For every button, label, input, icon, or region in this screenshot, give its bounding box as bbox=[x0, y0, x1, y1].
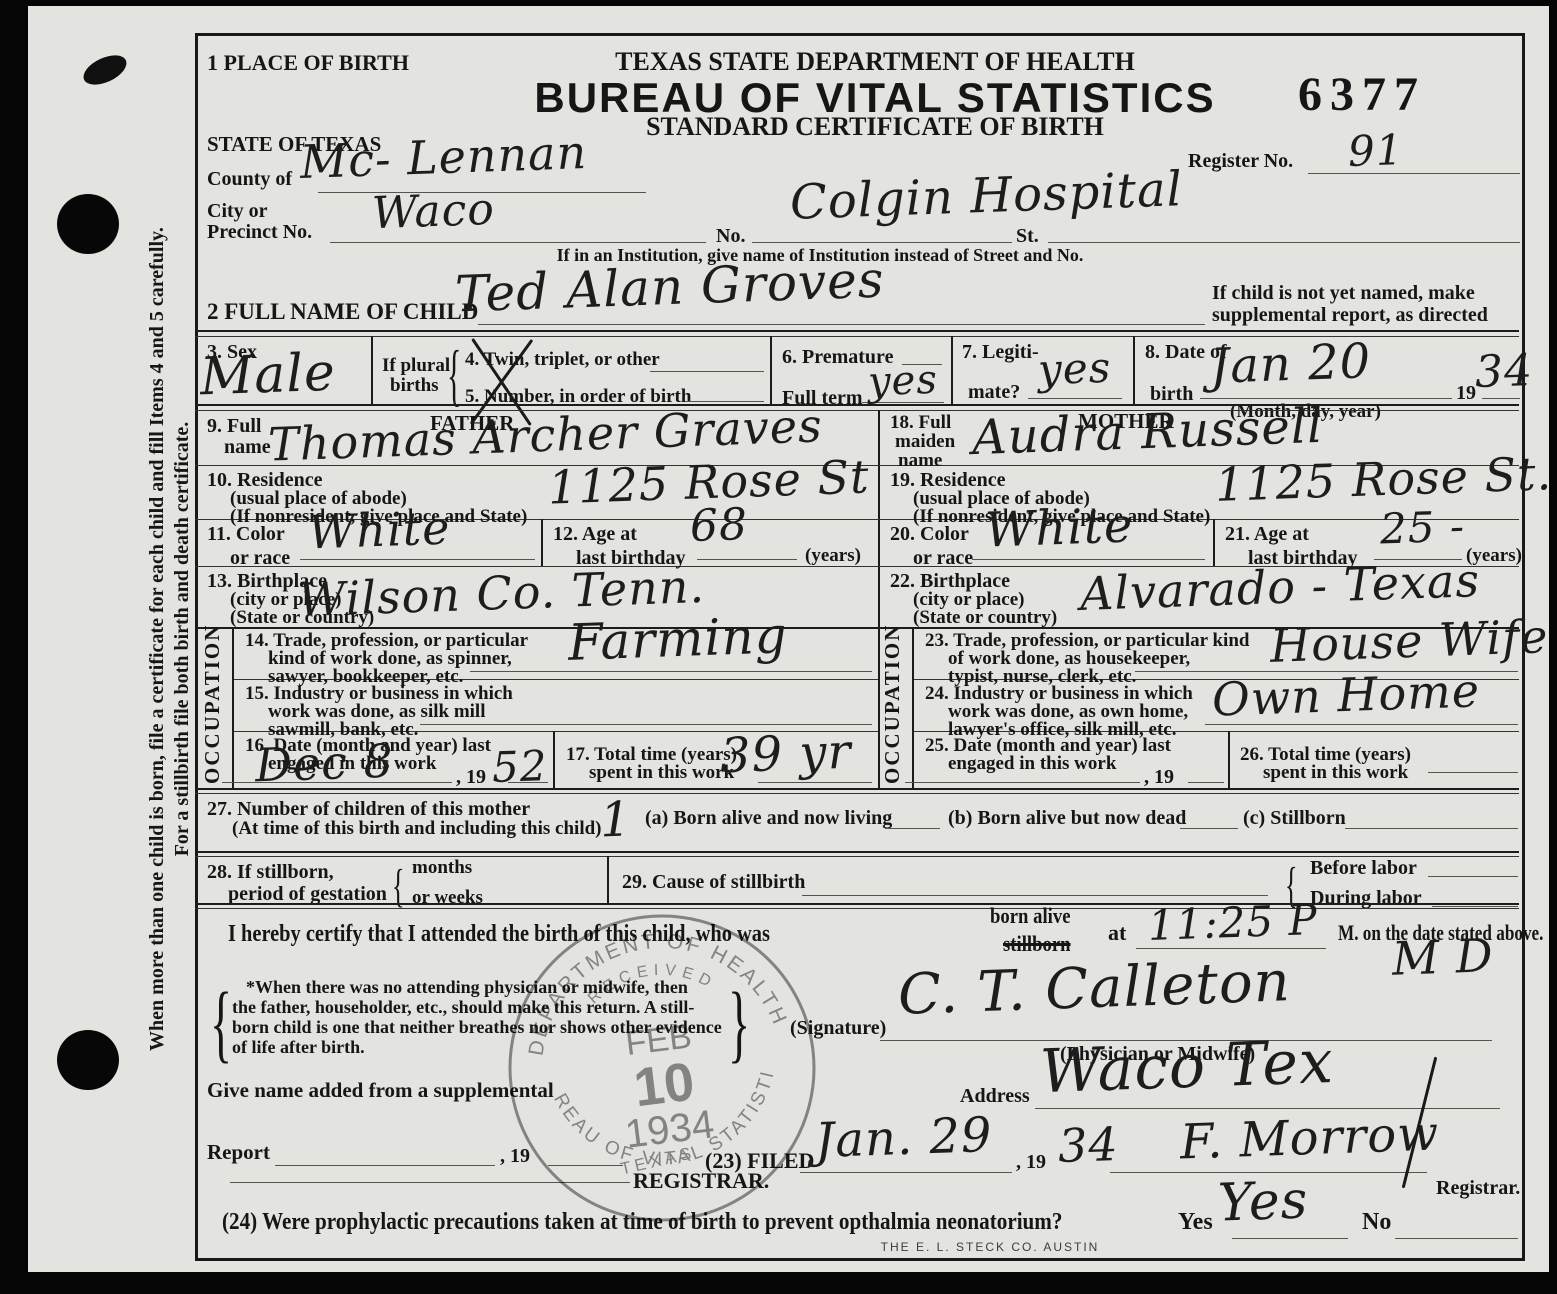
no-line bbox=[1395, 1238, 1518, 1239]
father-name-label-1: 9. Full bbox=[207, 416, 261, 437]
yes-label: Yes bbox=[1178, 1210, 1213, 1235]
mother-birthplace-label-3: (State or country) bbox=[913, 608, 1057, 628]
mother-total-time-label-2: spent in this work bbox=[1263, 763, 1408, 783]
during-labor-line bbox=[1432, 906, 1518, 907]
no-label: No bbox=[1362, 1210, 1391, 1235]
year-line bbox=[1482, 398, 1520, 399]
before-labor-line bbox=[1428, 876, 1518, 877]
if-plural-label-2: births bbox=[390, 376, 439, 396]
father-name-label-2: name bbox=[224, 437, 271, 458]
if-plural-label-1: If plural bbox=[382, 356, 450, 376]
mother-date-year-line bbox=[1188, 782, 1224, 783]
legitimate-line bbox=[1028, 398, 1122, 399]
full-name-of-child-label: 2 FULL NAME OF CHILD bbox=[207, 300, 478, 324]
mother-date-19: , 19 bbox=[1144, 767, 1174, 788]
city-or-label: City or bbox=[207, 201, 268, 222]
time-value: 11:25 P bbox=[1147, 895, 1318, 950]
legitimate-label-1: 7. Legiti- bbox=[962, 342, 1039, 363]
precinct-no-label: Precinct No. bbox=[207, 222, 312, 243]
father-date-last-year: 52 bbox=[491, 741, 548, 792]
register-line bbox=[1308, 173, 1520, 174]
address-value: Waco Tex bbox=[1039, 1027, 1335, 1107]
mother-occupation-vertical-label: OCCUPATION bbox=[880, 632, 910, 784]
registrar-small-label: Registrar. bbox=[1436, 1178, 1520, 1199]
father-color-label-2: or race bbox=[230, 548, 290, 569]
mother-total-time-line bbox=[1428, 772, 1518, 773]
divider bbox=[912, 627, 914, 788]
certificate-number: 6377 bbox=[1298, 70, 1426, 120]
mother-trade-value: House Wife bbox=[1269, 609, 1549, 673]
mother-date-last-line bbox=[905, 782, 1140, 783]
mother-color-label-2: or race bbox=[913, 548, 973, 569]
punch-hole-top bbox=[57, 194, 119, 254]
rule bbox=[195, 793, 1519, 794]
place-of-birth-label: 1 PLACE OF BIRTH bbox=[207, 52, 409, 75]
father-total-time-label-2: spent in this work bbox=[589, 763, 734, 783]
legitimate-label-2: mate? bbox=[968, 382, 1020, 403]
certify-note-4: of life after birth. bbox=[232, 1038, 365, 1057]
stillborn-option-struck: stillborn bbox=[1003, 933, 1071, 956]
city-line bbox=[330, 242, 706, 243]
received-date-stamp: DEPARTMENT OF HEALTH RECEIVED FEB 10 193… bbox=[478, 884, 846, 1252]
father-age-value: 68 bbox=[689, 499, 749, 552]
father-age-label-1: 12. Age at bbox=[553, 524, 637, 545]
mother-color-label-1: 20. Color bbox=[890, 524, 969, 545]
father-trade-line bbox=[470, 671, 872, 672]
divider bbox=[951, 336, 953, 406]
street-line bbox=[1048, 242, 1520, 243]
father-trade-value: Farming bbox=[567, 606, 789, 672]
cause-of-stillbirth-line bbox=[802, 895, 1268, 896]
father-total-time-value: 39 yr bbox=[719, 724, 852, 785]
months-label: months bbox=[412, 858, 472, 878]
divider bbox=[1133, 336, 1135, 406]
standard-title: STANDARD CERTIFICATE OF BIRTH bbox=[525, 113, 1225, 140]
during-labor-label: During labor bbox=[1310, 888, 1422, 909]
divider bbox=[541, 519, 543, 566]
printer-credit: THE E. L. STECK CO. AUSTIN bbox=[870, 1241, 1110, 1253]
if-stillborn-label-2: period of gestation bbox=[228, 884, 387, 905]
divider bbox=[371, 336, 373, 406]
printed-19: 19 bbox=[1456, 383, 1476, 404]
born-alive-option: born alive bbox=[990, 905, 1071, 928]
father-color-label-1: 11. Color bbox=[207, 524, 285, 545]
legitimate-value: yes bbox=[1037, 343, 1112, 395]
city-value: Waco bbox=[371, 184, 495, 239]
divider bbox=[232, 627, 234, 788]
scanned-birth-certificate: When more than one child is born, file a… bbox=[0, 0, 1557, 1294]
mother-name-label-2: maiden bbox=[895, 432, 955, 452]
mother-age-value: 25 - bbox=[1379, 502, 1466, 554]
father-years-label: (years) bbox=[805, 546, 861, 566]
note-brace-open: { bbox=[210, 972, 232, 1073]
divider bbox=[553, 731, 555, 788]
yes-line bbox=[1232, 1238, 1348, 1239]
street-no-label: No. bbox=[716, 226, 745, 247]
filed-date-value: Jan. 29 bbox=[814, 1107, 993, 1169]
unnamed-note-1: If child is not yet named, make bbox=[1212, 283, 1475, 304]
father-age-line bbox=[697, 559, 797, 560]
signature-suffix: M D bbox=[1391, 928, 1494, 986]
twin-label: 4. Twin, triplet, or other bbox=[465, 350, 660, 370]
father-date-last-value: Dec 8 bbox=[254, 734, 395, 793]
margin-line-1: When more than one child is born, file a… bbox=[145, 149, 170, 1129]
register-no-label: Register No. bbox=[1188, 151, 1293, 172]
divider bbox=[770, 336, 772, 406]
born-alive-living-line bbox=[885, 828, 940, 829]
father-color-line bbox=[300, 559, 535, 560]
sex-value: Male bbox=[199, 343, 337, 408]
mother-age-label-1: 21. Age at bbox=[1225, 524, 1309, 545]
signature-value: C. T. Calleton bbox=[897, 949, 1292, 1028]
report-label: Report bbox=[207, 1142, 270, 1164]
filed-year-value: 34 bbox=[1057, 1117, 1119, 1173]
if-stillborn-label-1: 28. If stillborn, bbox=[207, 862, 334, 883]
unnamed-note-2: supplemental report, as directed bbox=[1212, 305, 1488, 326]
children-count-value: 1 bbox=[599, 791, 632, 848]
rule bbox=[195, 330, 1519, 332]
at-label: at bbox=[1108, 922, 1126, 945]
divider bbox=[1213, 519, 1215, 566]
mother-date-last-label-2: engaged in this work bbox=[948, 754, 1116, 774]
date-of-birth-line bbox=[1200, 398, 1452, 399]
mother-industry-value: Own Home bbox=[1211, 663, 1481, 726]
twin-line bbox=[650, 371, 764, 372]
gestation-brace: { bbox=[392, 860, 404, 914]
father-date-19: , 19 bbox=[456, 767, 486, 788]
child-name-line bbox=[478, 324, 1205, 325]
father-color-value: White bbox=[307, 501, 451, 560]
county-value: Mc- Lennan bbox=[299, 125, 588, 189]
born-alive-dead-label: (b) Born alive but now dead bbox=[948, 808, 1186, 829]
mother-name-label-3: name bbox=[898, 451, 942, 471]
rule bbox=[195, 908, 1519, 909]
street-st-label: St. bbox=[1016, 226, 1039, 247]
address-label: Address bbox=[960, 1086, 1030, 1107]
margin-line-2: For a stillbirth file both birth and dea… bbox=[170, 149, 195, 1129]
born-alive-dead-line bbox=[1180, 828, 1238, 829]
born-alive-living-label: (a) Born alive and now living bbox=[645, 808, 892, 829]
divider bbox=[1228, 731, 1230, 788]
department-title: TEXAS STATE DEPARTMENT OF HEALTH bbox=[525, 48, 1225, 75]
mother-color-value: White bbox=[984, 497, 1134, 558]
yes-handwritten-mark: Yes bbox=[1217, 1170, 1309, 1233]
stillborn-count-line bbox=[1345, 828, 1518, 829]
margin-instructions: When more than one child is born, file a… bbox=[145, 149, 199, 1129]
register-no-value: 91 bbox=[1347, 125, 1404, 176]
mother-name-label-1: 18. Full bbox=[890, 413, 951, 433]
street-no-line bbox=[752, 242, 1012, 243]
date-of-birth-value: Jan 20 bbox=[1209, 333, 1372, 395]
mother-color-line bbox=[972, 559, 1205, 560]
filed-19: , 19 bbox=[1016, 1152, 1046, 1173]
rule bbox=[195, 788, 1519, 790]
full-term-value: yes bbox=[867, 357, 938, 405]
county-label: County of bbox=[207, 169, 292, 190]
father-occupation-vertical-label: OCCUPATION bbox=[200, 632, 230, 784]
registrar-signature-value: F. Morrow bbox=[1179, 1105, 1440, 1170]
divider bbox=[607, 856, 609, 903]
report-line bbox=[275, 1165, 495, 1166]
stillborn-count-label: (c) Stillborn bbox=[1243, 808, 1346, 829]
rule bbox=[195, 903, 1519, 905]
children-count-label-1: 27. Number of children of this mother bbox=[207, 799, 530, 820]
punch-hole-bottom bbox=[57, 1030, 119, 1090]
before-labor-label: Before labor bbox=[1310, 858, 1417, 879]
birth-year-value: 34 bbox=[1474, 345, 1534, 398]
rule bbox=[195, 851, 1519, 853]
children-count-label-2: (At time of this birth and including thi… bbox=[232, 819, 602, 839]
